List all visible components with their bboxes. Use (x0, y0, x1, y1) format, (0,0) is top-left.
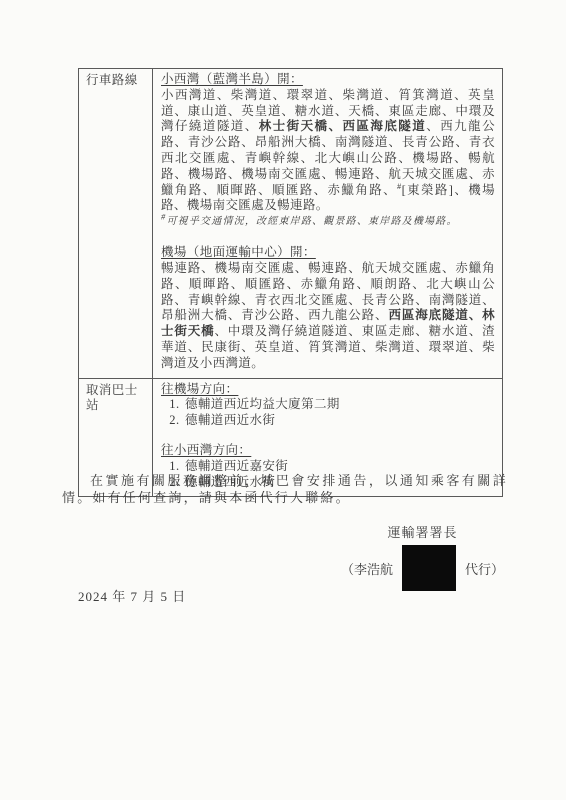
footnote-text: 可視乎交通情況，改經東岸路、觀景路、東岸路及機場路。 (166, 216, 457, 227)
cancelled-stop-item: 德輔道西近水街 (183, 413, 495, 429)
service-adjustment-table: 行車路線 小西灣（藍灣半島）開： 小西灣道、柴灣道、環翠道、柴灣道、筲箕灣道、英… (78, 68, 503, 497)
route-footnote: #可視乎交通情況，改經東岸路、觀景路、東岸路及機場路。 (161, 215, 495, 229)
route-paragraph-siu-sai-wan: 小西灣道、柴灣道、環翠道、柴灣道、筲箕灣道、英皇道、康山道、英皇道、糖水道、天橋… (161, 88, 495, 214)
text-segment: 林士街天橋、西區海底隧道 (259, 119, 427, 133)
closing-paragraph: 在實施有關服務調整前，城巴會安排通告，以通知乘客有關詳情。如有任何查詢，請與本函… (62, 472, 508, 506)
heading-to-siu-sai-wan: 往小西灣方向： (161, 443, 495, 459)
document-page: 行車路線 小西灣（藍灣半島）開： 小西灣道、柴灣道、環翠道、柴灣道、筲箕灣道、英… (0, 0, 566, 800)
signature-row: （李浩航 代行） (330, 545, 515, 591)
signature-block: 運輸署署長 （李浩航 代行） (330, 522, 515, 591)
row-label-routes: 行車路線 (79, 69, 153, 379)
heading-airport-depart: 機場（地面運輸中心）開： (161, 245, 495, 261)
heading-siu-sai-wan-depart: 小西灣（藍灣半島）開： (161, 72, 495, 88)
document-date: 2024 年 7 月 5 日 (78, 586, 186, 605)
signature-redaction-box (402, 545, 456, 591)
stop-list-to-airport: 德輔道西近均益大廈第二期德輔道西近水街 (161, 397, 495, 429)
section-siu-sai-wan: 小西灣（藍灣半島）開： 小西灣道、柴灣道、環翠道、柴灣道、筲箕灣道、英皇道、康山… (161, 72, 495, 229)
table-row-routes: 行車路線 小西灣（藍灣半島）開： 小西灣道、柴灣道、環翠道、柴灣道、筲箕灣道、英… (79, 69, 503, 379)
direction-to-airport: 往機場方向： 德輔道西近均益大廈第二期德輔道西近水街 (161, 382, 495, 429)
route-paragraph-airport: 暢連路、機場南交匯處、暢連路、航天城交匯處、赤鱲角路、順暉路、順匯路、赤鱲角路、… (161, 261, 495, 372)
section-airport: 機場（地面運輸中心）開： 暢連路、機場南交匯處、暢連路、航天城交匯處、赤鱲角路、… (161, 245, 495, 371)
signatory-title: 運輸署署長 (330, 522, 515, 541)
cancelled-stop-item: 德輔道西近均益大廈第二期 (183, 397, 495, 413)
signatory-name: （李浩航 (341, 559, 393, 578)
routes-content-cell: 小西灣（藍灣半島）開： 小西灣道、柴灣道、環翠道、柴灣道、筲箕灣道、英皇道、康山… (153, 69, 503, 379)
signatory-acting-label: 代行） (465, 559, 504, 578)
heading-to-airport: 往機場方向： (161, 382, 495, 398)
